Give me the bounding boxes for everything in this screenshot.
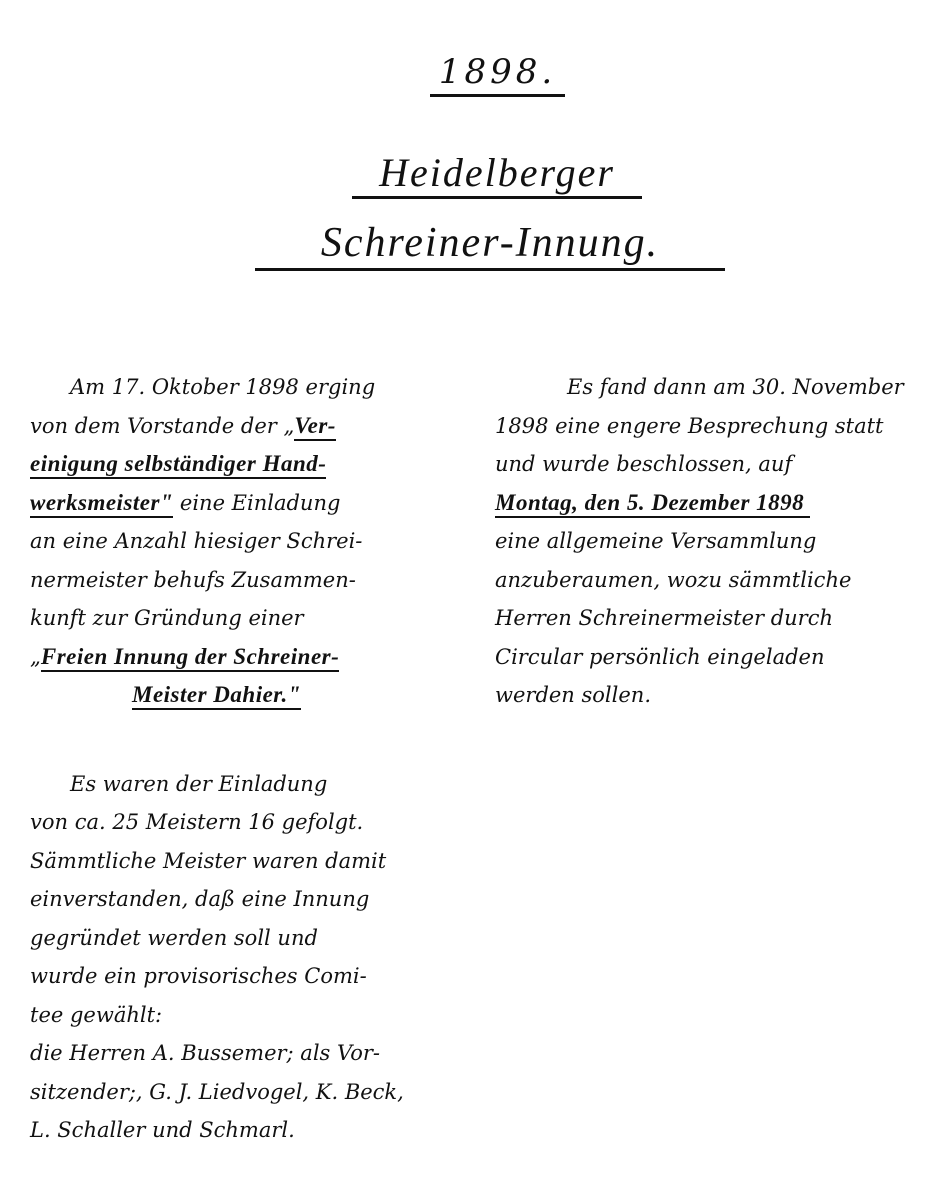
text-line: Circular persönlich eingeladen: [495, 640, 895, 679]
text-line: von dem Vorstande der „Ver-: [30, 409, 460, 448]
document-year: 1898.: [430, 52, 565, 97]
quote-mark: „: [30, 645, 41, 669]
text-line: Sämmtliche Meister waren damit: [30, 844, 460, 883]
paragraph-meeting-result: Es waren der Einladung von ca. 25 Meiste…: [30, 767, 460, 1152]
text-line: L. Schaller und Schmarl.: [30, 1113, 460, 1152]
text-line: werksmeister" eine Einladung: [30, 486, 460, 525]
text-line: einverstanden, daß eine Innung: [30, 882, 460, 921]
line-text: und wurde beschlossen, auf: [495, 452, 792, 476]
title-heidelberger: Heidelberger: [352, 150, 642, 199]
paragraph-invitation: Am 17. Oktober 1898 erging von dem Vorst…: [30, 370, 460, 717]
paragraph-general-assembly: Es fand dann am 30. November 1898 eine e…: [495, 370, 895, 717]
text-line: werden sollen.: [495, 678, 895, 717]
text-line: eine allgemeine Versammlung: [495, 524, 895, 563]
line-text: von dem Vorstande der „: [30, 414, 294, 438]
text-line: anzuberaumen, wozu sämmtliche: [495, 563, 895, 602]
title-schreiner-innung: Schreiner-Innung.: [255, 218, 725, 271]
text-line: wurde ein provisorisches Comi-: [30, 959, 460, 998]
paragraph-gap: [30, 717, 460, 767]
text-line: nermeister behufs Zusammen-: [30, 563, 460, 602]
text-line: die Herren A. Bussemer; als Vor-: [30, 1036, 460, 1075]
text-line: tee gewählt:: [30, 998, 460, 1037]
line-text: eine allgemeine Versammlung: [495, 529, 816, 553]
line-text: Es fand dann am 30. November: [567, 375, 904, 399]
text-line: Montag, den 5. Dezember 1898: [495, 486, 895, 525]
line-text: werden sollen.: [495, 683, 651, 707]
text-line: an eine Anzahl hiesiger Schrei-: [30, 524, 460, 563]
line-text: anzuberaumen, wozu sämmtliche: [495, 568, 851, 592]
line-text: an eine Anzahl hiesiger Schrei-: [30, 529, 362, 553]
underlined-text: Meister Dahier.": [132, 682, 301, 710]
text-line: Meister Dahier.": [30, 678, 460, 717]
line-text: 1898 eine engere Besprechung statt: [495, 414, 883, 438]
underlined-text: Freien Innung der Schreiner-: [41, 644, 339, 672]
line-text: Herren Schreinermeister durch: [495, 606, 833, 630]
line-text: nermeister behufs Zusammen-: [30, 568, 356, 592]
text-line: Herren Schreinermeister durch: [495, 601, 895, 640]
text-line: Es waren der Einladung: [30, 767, 460, 806]
text-line: 1898 eine engere Besprechung statt: [495, 409, 895, 448]
right-column: Es fand dann am 30. November 1898 eine e…: [495, 370, 895, 717]
underlined-text: Ver-: [294, 413, 336, 441]
underlined-text: einigung selbständiger Hand-: [30, 451, 326, 479]
text-line: einigung selbständiger Hand-: [30, 447, 460, 486]
text-line: und wurde beschlossen, auf: [495, 447, 895, 486]
text-line: „Freien Innung der Schreiner-: [30, 640, 460, 679]
underlined-text: werksmeister": [30, 490, 173, 518]
handwritten-page: 1898. Heidelberger Schreiner-Innung. Am …: [0, 0, 933, 1200]
underlined-text: Montag, den 5. Dezember 1898: [495, 490, 810, 518]
text-line: gegründet werden soll und: [30, 921, 460, 960]
text-line: von ca. 25 Meistern 16 gefolgt.: [30, 805, 460, 844]
left-column: Am 17. Oktober 1898 erging von dem Vorst…: [30, 370, 460, 1152]
line-text: Circular persönlich eingeladen: [495, 645, 824, 669]
line-text: eine Einladung: [173, 491, 340, 515]
text-line: Es fand dann am 30. November: [495, 370, 895, 409]
line-text: Am 17. Oktober 1898 erging: [70, 375, 375, 399]
text-line: kunft zur Gründung einer: [30, 601, 460, 640]
text-line: Am 17. Oktober 1898 erging: [30, 370, 460, 409]
line-text: kunft zur Gründung einer: [30, 606, 304, 630]
text-line: sitzender;, G. J. Liedvogel, K. Beck,: [30, 1075, 460, 1114]
